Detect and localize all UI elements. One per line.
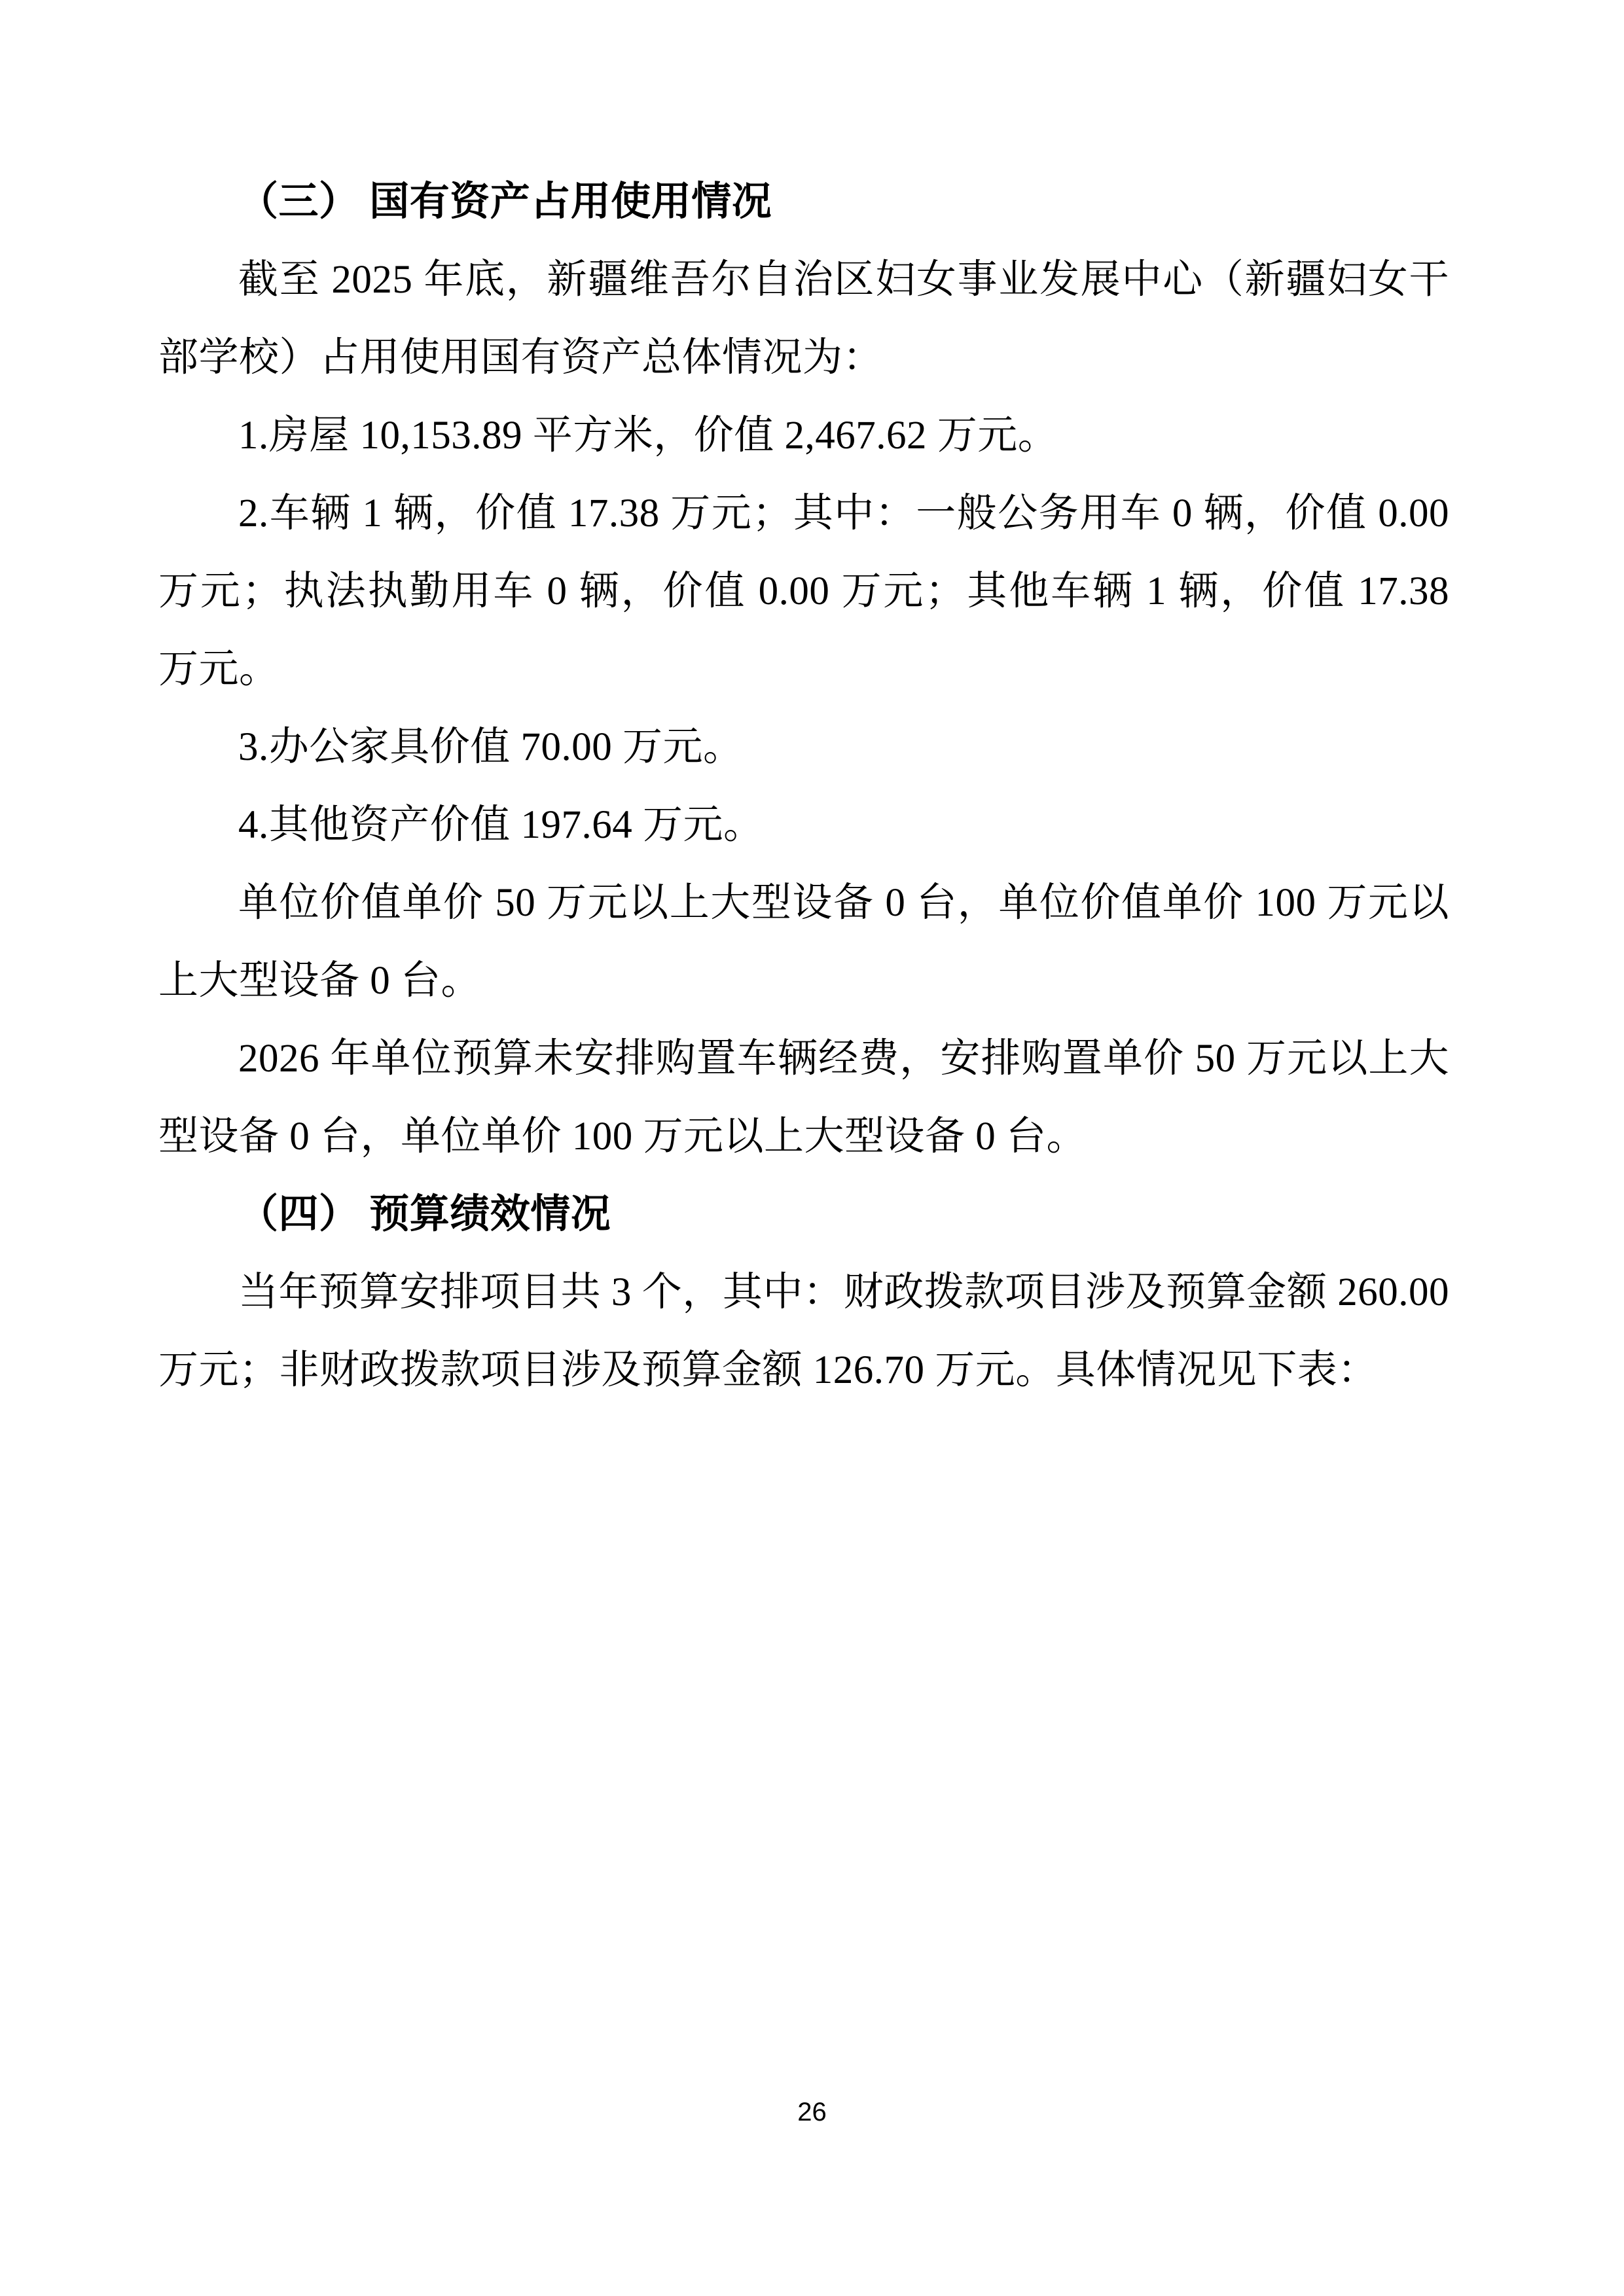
document-page: （三） 国有资产占用使用情况 截至 2025 年底，新疆维吾尔自治区妇女事业发展… xyxy=(0,0,1624,2296)
para-large-equipment: 单位价值单价 50 万元以上大型设备 0 台，单位价值单价 100 万元以上大型… xyxy=(158,864,1449,1020)
heading-state-assets-usage: （三） 国有资产占用使用情况 xyxy=(158,163,1449,241)
para-vehicles: 2.车辆 1 辆，价值 17.38 万元；其中：一般公务用车 0 辆，价值 0.… xyxy=(158,475,1449,708)
para-office-furniture: 3.办公家具价值 70.00 万元。 xyxy=(158,708,1449,786)
document-body: （三） 国有资产占用使用情况 截至 2025 年底，新疆维吾尔自治区妇女事业发展… xyxy=(158,163,1449,1409)
page-number: 26 xyxy=(797,2096,827,2128)
para-assets-overview: 截至 2025 年底，新疆维吾尔自治区妇女事业发展中心（新疆妇女干部学校）占用使… xyxy=(158,241,1449,397)
heading-budget-performance: （四） 预算绩效情况 xyxy=(158,1175,1449,1253)
para-housing: 1.房屋 10,153.89 平方米，价值 2,467.62 万元。 xyxy=(158,397,1449,475)
page-footer: 26 xyxy=(0,2096,1624,2128)
para-2026-vehicle-budget: 2026 年单位预算未安排购置车辆经费，安排购置单价 50 万元以上大型设备 0… xyxy=(158,1020,1449,1175)
para-performance-overview: 当年预算安排项目共 3 个，其中：财政拨款项目涉及预算金额 260.00 万元；… xyxy=(158,1253,1449,1409)
para-other-assets: 4.其他资产价值 197.64 万元。 xyxy=(158,786,1449,864)
